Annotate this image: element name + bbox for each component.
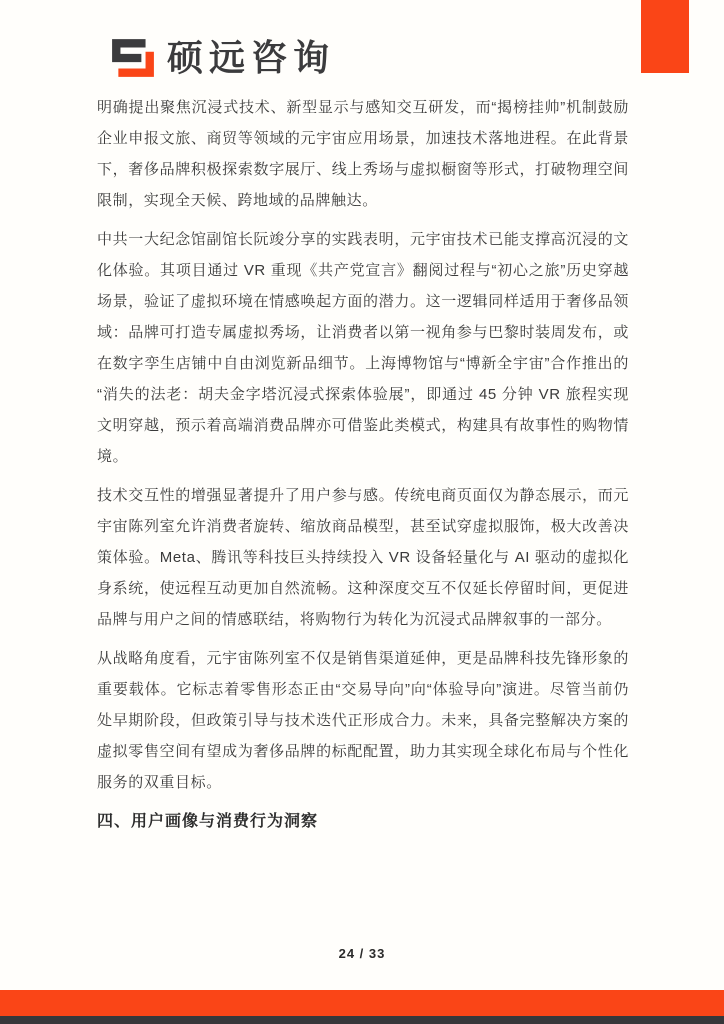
brand-logo: 硕远咨询 bbox=[110, 36, 335, 80]
corner-accent-bar bbox=[641, 0, 689, 73]
body-paragraph: 技术交互性的增强显著提升了用户参与感。传统电商页面仅为静态展示，而元宇宙陈列室允… bbox=[97, 480, 629, 635]
section-heading: 四、用户画像与消费行为洞察 bbox=[97, 806, 629, 837]
document-page: 硕远咨询 明确提出聚焦沉浸式技术、新型显示与感知交互研发，而“揭榜挂帅”机制鼓励… bbox=[0, 0, 724, 1024]
body-paragraph: 从战略角度看，元宇宙陈列室不仅是销售渠道延伸，更是品牌科技先锋形象的重要载体。它… bbox=[97, 643, 629, 798]
content-area: 明确提出聚焦沉浸式技术、新型显示与感知交互研发，而“揭榜挂帅”机制鼓励企业申报文… bbox=[97, 92, 629, 837]
body-paragraph: 中共一大纪念馆副馆长阮竣分享的实践表明，元宇宙技术已能支撑高沉浸的文化体验。其项… bbox=[97, 224, 629, 472]
body-paragraph: 明确提出聚焦沉浸式技术、新型显示与感知交互研发，而“揭榜挂帅”机制鼓励企业申报文… bbox=[97, 92, 629, 216]
page-number: 24 / 33 bbox=[0, 946, 724, 961]
brand-name: 硕远咨询 bbox=[167, 40, 335, 76]
footer-dark-bar bbox=[0, 1016, 724, 1024]
interlocking-squares-monogram-icon bbox=[110, 37, 156, 79]
footer-accent-bar bbox=[0, 990, 724, 1016]
